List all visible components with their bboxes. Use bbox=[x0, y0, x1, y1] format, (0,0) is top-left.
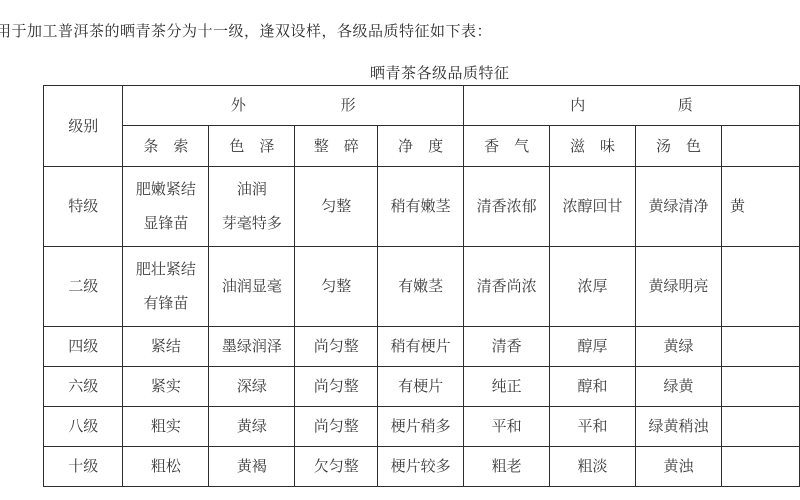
table-cell: 清香浓郁 bbox=[464, 167, 550, 247]
table-cell: 粗老 bbox=[464, 447, 550, 487]
table-cell: 清香尚浓 bbox=[464, 247, 550, 327]
table-cell: 黄绿 bbox=[636, 327, 722, 367]
table-row: 四级 紧结 墨绿润泽 尚匀整 稍有梗片 清香 醇厚 黄绿 bbox=[44, 327, 800, 367]
group-label: 形 bbox=[341, 98, 356, 113]
table-cell: 匀整 bbox=[295, 167, 378, 247]
group-header-appearance: 外 形 bbox=[123, 86, 464, 126]
col-header-taste: 滋 味 bbox=[550, 126, 636, 167]
col-header-strip: 条 索 bbox=[123, 126, 209, 167]
col-header-evenness: 整 碎 bbox=[295, 126, 378, 167]
table-title: 晒青茶各级品质特征 bbox=[370, 62, 510, 83]
table-cell bbox=[722, 407, 800, 447]
table-cell: 醇和 bbox=[550, 367, 636, 407]
grade-cell: 六级 bbox=[44, 367, 123, 407]
table-row: 十级 粗松 黄褐 欠匀整 梗片较多 粗老 粗淡 黄浊 bbox=[44, 447, 800, 487]
table-cell bbox=[722, 367, 800, 407]
table-cell: 紧结 bbox=[123, 327, 209, 367]
table-cell: 梗片稍多 bbox=[378, 407, 464, 447]
table-cell: 油润显毫 bbox=[209, 247, 295, 327]
table-cell: 稍有嫩茎 bbox=[378, 167, 464, 247]
grade-cell: 二级 bbox=[44, 247, 123, 327]
table-cell: 浓醇回甘 bbox=[550, 167, 636, 247]
table-cell bbox=[722, 327, 800, 367]
table-cell: 梗片较多 bbox=[378, 447, 464, 487]
table-cell: 肥壮紧结有锋苗 bbox=[123, 247, 209, 327]
table-row: 二级 肥壮紧结有锋苗 油润显毫 匀整 有嫩茎 清香尚浓 浓厚 黄绿明亮 bbox=[44, 247, 800, 327]
col-header-aroma: 香 气 bbox=[464, 126, 550, 167]
grade-header: 级别 bbox=[44, 86, 123, 167]
table-cell: 欠匀整 bbox=[295, 447, 378, 487]
table-cell bbox=[722, 447, 800, 487]
grade-quality-table: 级别 外 形 内 质 条 索 色 泽 整 碎 净 度 香 气 滋 味 汤 色 特… bbox=[43, 85, 800, 487]
col-header-cleanness: 净 度 bbox=[378, 126, 464, 167]
intro-paragraph: 用于加工普洱茶的晒青茶分为十一级，逢双设样，各级品质特征如下表： bbox=[0, 20, 492, 41]
table-cell: 油润芽毫特多 bbox=[209, 167, 295, 247]
table-cell: 黄绿明亮 bbox=[636, 247, 722, 327]
table-cell: 肥嫩紧结显锋苗 bbox=[123, 167, 209, 247]
group-label: 内 bbox=[570, 98, 585, 113]
table-cell: 绿黄 bbox=[636, 367, 722, 407]
table-cell: 黄浊 bbox=[636, 447, 722, 487]
table-cell: 黄绿清净 bbox=[636, 167, 722, 247]
col-header-color: 色 泽 bbox=[209, 126, 295, 167]
table-cell: 尚匀整 bbox=[295, 327, 378, 367]
table-cell: 清香 bbox=[464, 327, 550, 367]
table-cell: 稍有梗片 bbox=[378, 327, 464, 367]
grade-cell: 十级 bbox=[44, 447, 123, 487]
group-label: 外 bbox=[231, 98, 246, 113]
table-cell: 匀整 bbox=[295, 247, 378, 327]
table-cell: 纯正 bbox=[464, 367, 550, 407]
table-cell bbox=[722, 247, 800, 327]
table-row: 八级 粗实 黄绿 尚匀整 梗片稍多 平和 平和 绿黄稍浊 bbox=[44, 407, 800, 447]
grade-cell: 特级 bbox=[44, 167, 123, 247]
table-cell: 粗松 bbox=[123, 447, 209, 487]
table-cell: 粗淡 bbox=[550, 447, 636, 487]
table-cell: 黄 bbox=[722, 167, 800, 247]
table-cell: 粗实 bbox=[123, 407, 209, 447]
table-cell: 尚匀整 bbox=[295, 367, 378, 407]
table-row: 特级 肥嫩紧结显锋苗 油润芽毫特多 匀整 稍有嫩茎 清香浓郁 浓醇回甘 黄绿清净… bbox=[44, 167, 800, 247]
group-header-internal: 内 质 bbox=[464, 86, 800, 126]
table-cell: 有梗片 bbox=[378, 367, 464, 407]
table-cell: 尚匀整 bbox=[295, 407, 378, 447]
table-cell: 平和 bbox=[464, 407, 550, 447]
grade-cell: 四级 bbox=[44, 327, 123, 367]
table-cell: 有嫩茎 bbox=[378, 247, 464, 327]
column-header-row: 条 索 色 泽 整 碎 净 度 香 气 滋 味 汤 色 bbox=[44, 126, 800, 167]
table-cell: 平和 bbox=[550, 407, 636, 447]
table-cell: 黄褐 bbox=[209, 447, 295, 487]
table-cell: 深绿 bbox=[209, 367, 295, 407]
group-label: 质 bbox=[678, 98, 693, 113]
col-header-liquor-color: 汤 色 bbox=[636, 126, 722, 167]
table-cell: 紧实 bbox=[123, 367, 209, 407]
table-cell: 黄绿 bbox=[209, 407, 295, 447]
table-cell: 绿黄稍浊 bbox=[636, 407, 722, 447]
grade-cell: 八级 bbox=[44, 407, 123, 447]
table-cell: 墨绿润泽 bbox=[209, 327, 295, 367]
table-row: 六级 紧实 深绿 尚匀整 有梗片 纯正 醇和 绿黄 bbox=[44, 367, 800, 407]
col-header-cut-off bbox=[722, 126, 800, 167]
group-header-row: 级别 外 形 内 质 bbox=[44, 86, 800, 126]
table-cell: 醇厚 bbox=[550, 327, 636, 367]
table-cell: 浓厚 bbox=[550, 247, 636, 327]
